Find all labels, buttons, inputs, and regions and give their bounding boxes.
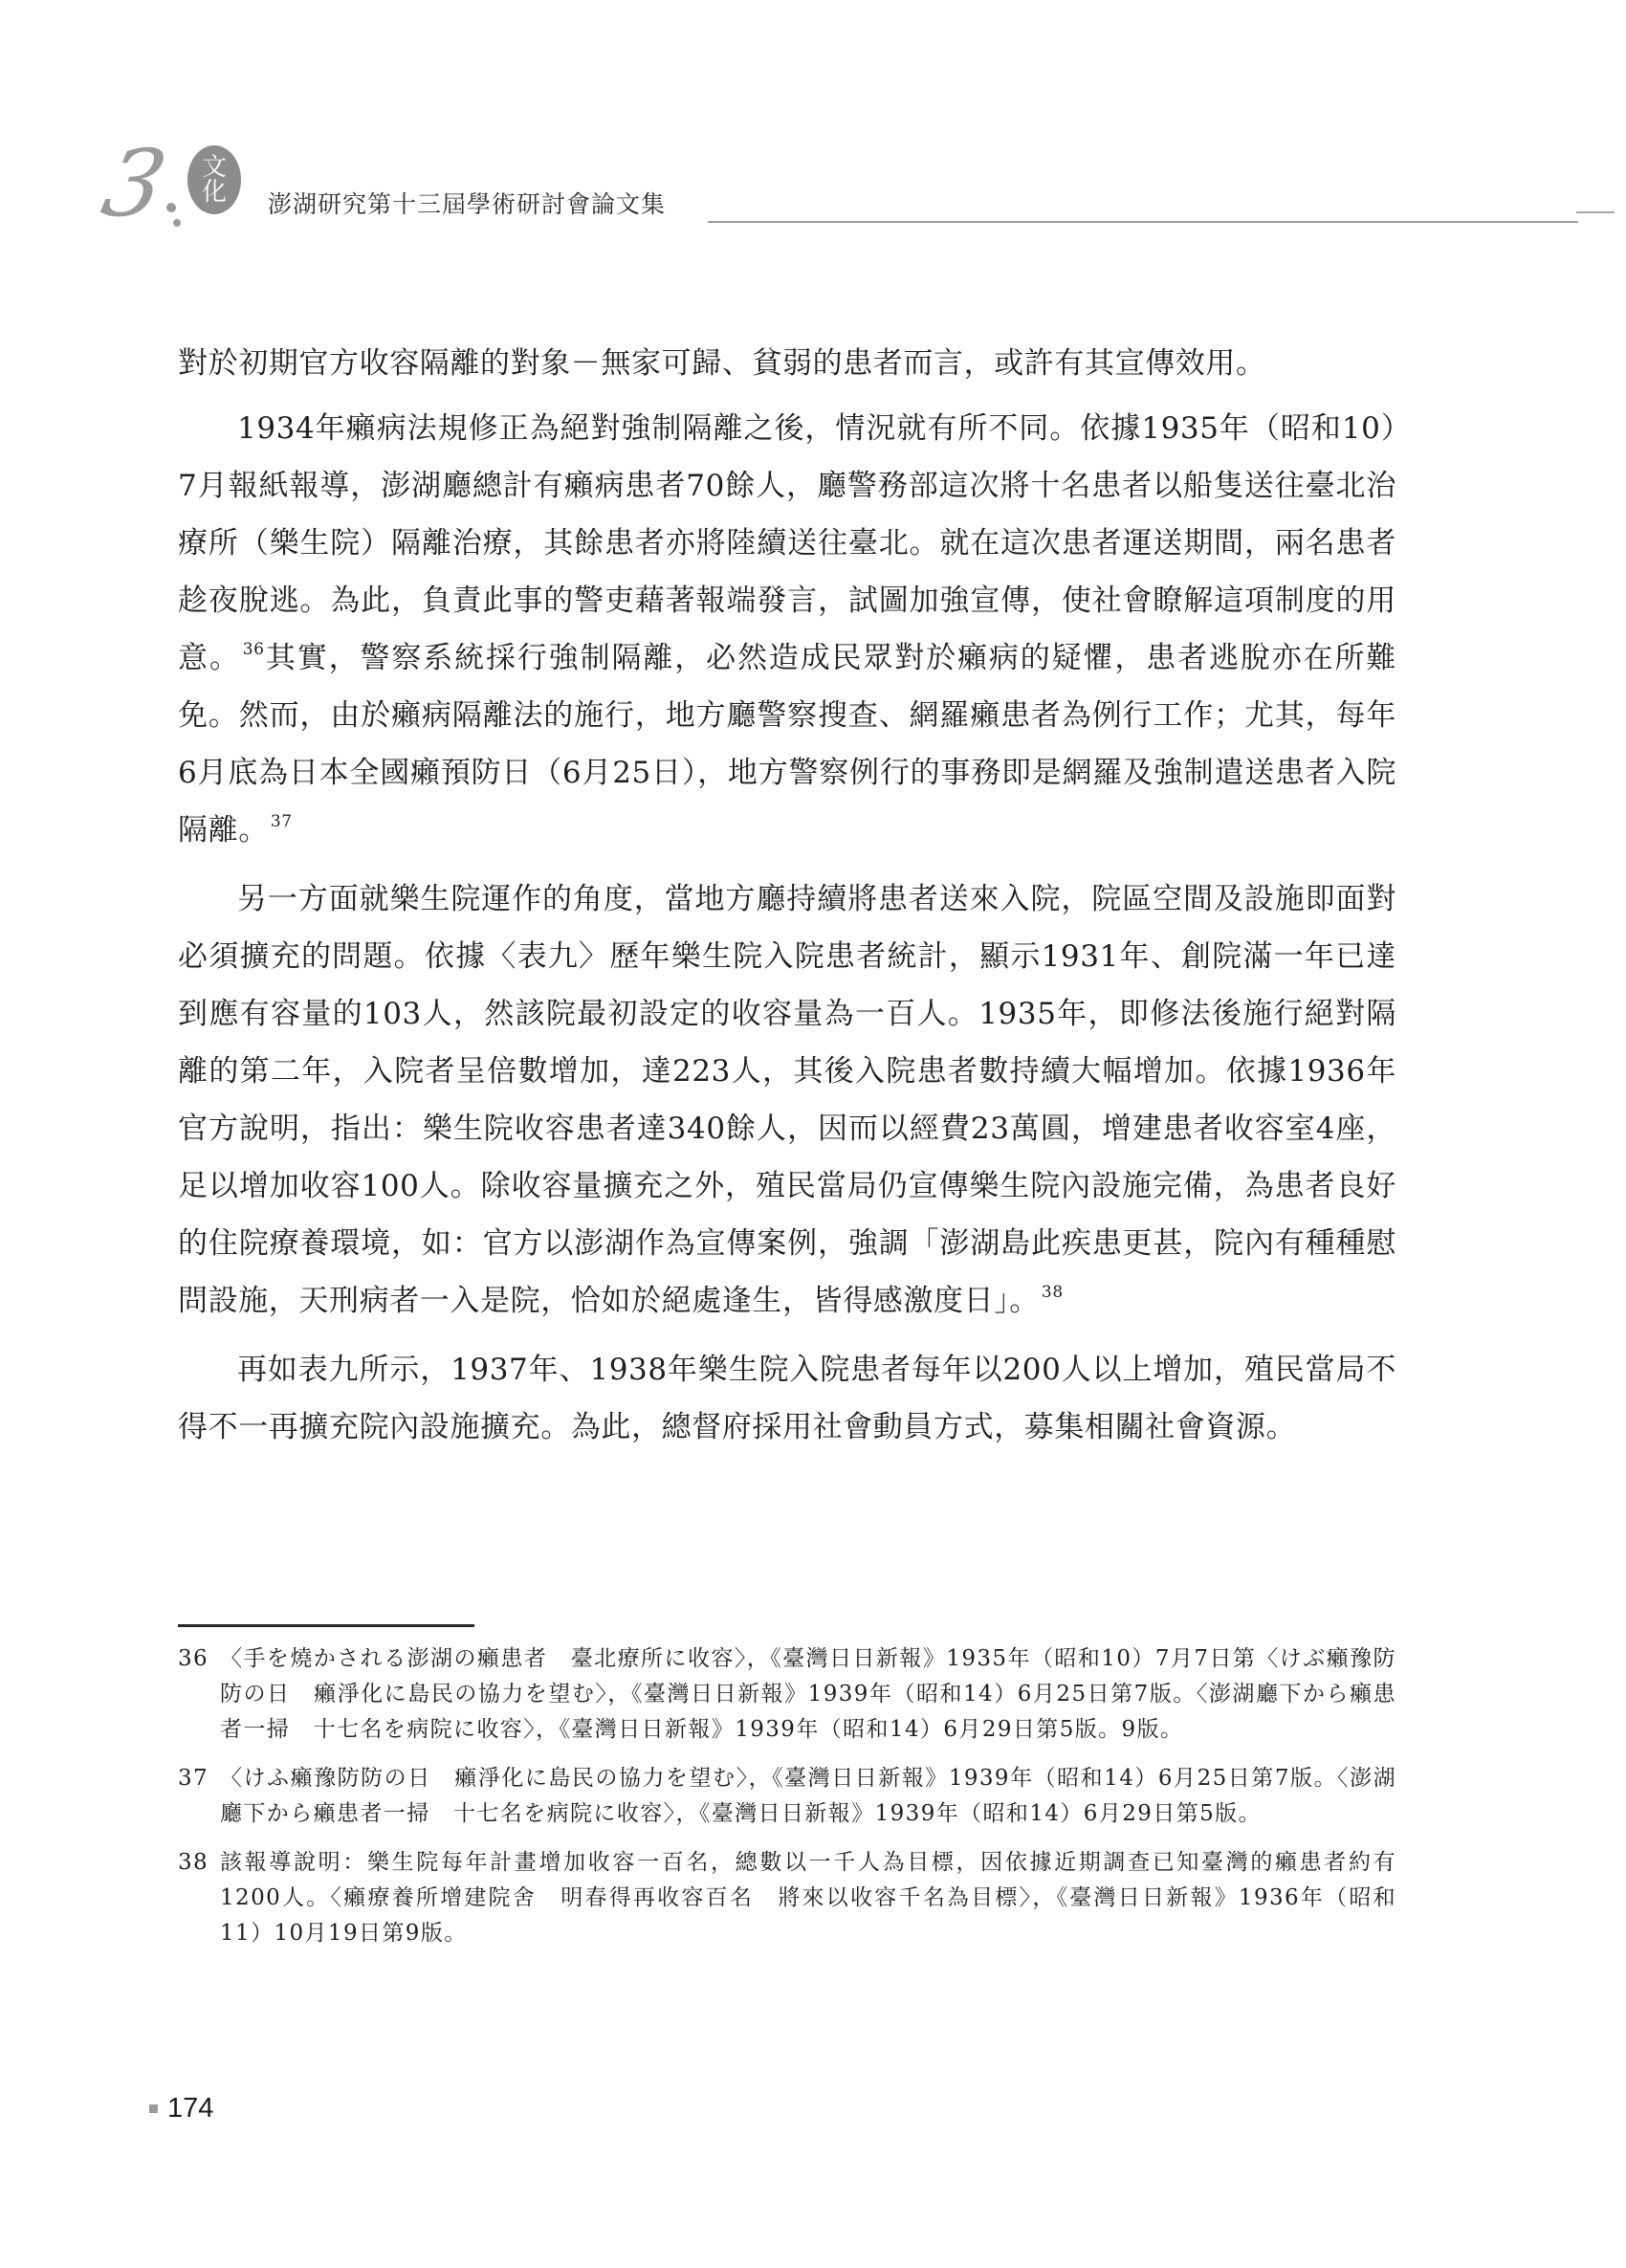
logo-dots-icon <box>166 203 176 212</box>
footnote-number: 36 <box>178 1641 220 1748</box>
logo-numeral: 3 <box>96 138 173 230</box>
footnote-text: 該報導說明：樂生院每年計畫增加收容一百名，總數以一千人為目標，因依據近期調查已知… <box>220 1845 1396 1951</box>
body-text: 對於初期官方收容隔離的對象－無家可歸、貧弱的患者而言，或許有其宣傳效用。 193… <box>178 335 1396 1467</box>
footnote-text: 〈けふ癩豫防防の日 癩淨化に島民の協力を望む〉，《臺灣日日新報》1939年（昭和… <box>220 1761 1396 1832</box>
paragraph: 再如表九所示，1937年、1938年樂生院入院患者每年以200人以上增加，殖民當… <box>178 1341 1396 1456</box>
header-rule <box>708 221 1578 223</box>
page-footer: 174 <box>149 2093 213 2125</box>
footnote-36: 36 〈手を燒かされる澎湖の癩患者 臺北療所に收容〉，《臺灣日日新報》1935年… <box>178 1641 1396 1748</box>
logo-char: 化 <box>202 180 227 205</box>
footnotes: 36 〈手を燒かされる澎湖の癩患者 臺北療所に收容〉，《臺灣日日新報》1935年… <box>178 1641 1396 1965</box>
header-rule-tail <box>1576 211 1615 213</box>
footnote-ref-36[interactable]: 36 <box>243 640 265 659</box>
logo-char: 文 <box>202 155 227 180</box>
paragraph-text: 1934年癩病法規修正為絕對強制隔離之後，情況就有所不同。依據1935年（昭和1… <box>178 411 1396 675</box>
paragraph: 1934年癩病法規修正為絕對強制隔離之後，情況就有所不同。依據1935年（昭和1… <box>178 400 1396 859</box>
square-bullet-icon <box>149 2104 158 2113</box>
footnote-text: 〈手を燒かされる澎湖の癩患者 臺北療所に收容〉，《臺灣日日新報》1935年（昭和… <box>220 1641 1396 1748</box>
footnote-38: 38 該報導說明：樂生院每年計畫增加收容一百名，總數以一千人為目標，因依據近期調… <box>178 1845 1396 1951</box>
footnote-37: 37 〈けふ癩豫防防の日 癩淨化に島民の協力を望む〉，《臺灣日日新報》1939年… <box>178 1761 1396 1832</box>
book-title: 澎湖研究第十三屆學術研討會論文集 <box>268 186 666 220</box>
footnote-number: 38 <box>178 1845 220 1951</box>
conference-logo: 3 文 化 <box>105 143 268 249</box>
page-number: 174 <box>167 2093 213 2125</box>
running-header: 3 文 化 澎湖研究第十三屆學術研討會論文集 <box>0 134 1626 239</box>
footnote-number: 37 <box>178 1761 220 1832</box>
paragraph-text: 其實，警察系統採行強制隔離，必然造成民眾對於癩病的疑懼，患者逃脫亦在所難免。然而… <box>178 641 1396 848</box>
footnote-ref-37[interactable]: 37 <box>271 812 293 831</box>
footnote-separator <box>178 1624 474 1627</box>
paragraph-text: 另一方面就樂生院運作的角度，當地方廳持續將患者送來入院，院區空間及設施即面對必須… <box>178 882 1396 1318</box>
footnote-ref-38[interactable]: 38 <box>1042 1283 1064 1302</box>
paragraph: 對於初期官方收容隔離的對象－無家可歸、貧弱的患者而言，或許有其宣傳效用。 <box>178 335 1396 392</box>
logo-culture-badge: 文 化 <box>187 145 241 214</box>
paragraph: 另一方面就樂生院運作的角度，當地方廳持續將患者送來入院，院區空間及設施即面對必須… <box>178 870 1396 1330</box>
